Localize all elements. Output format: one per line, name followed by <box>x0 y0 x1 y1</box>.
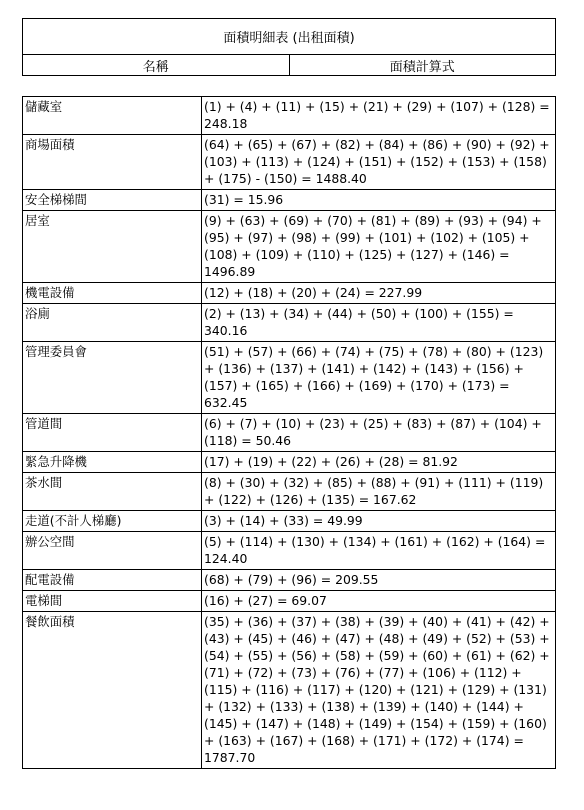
table-row: 緊急升降機(17) + (19) + (22) + (26) + (28) = … <box>23 452 556 473</box>
row-name: 浴廁 <box>23 304 202 342</box>
table-row: 辦公空間(5) + (114) + (130) + (134) + (161) … <box>23 532 556 570</box>
row-name: 居室 <box>23 211 202 283</box>
table-row: 餐飲面積(35) + (36) + (37) + (38) + (39) + (… <box>23 612 556 769</box>
table-row: 管理委員會(51) + (57) + (66) + (74) + (75) + … <box>23 342 556 414</box>
row-name: 辦公空間 <box>23 532 202 570</box>
table-row: 管道間(6) + (7) + (10) + (23) + (25) + (83)… <box>23 414 556 452</box>
row-formula: (3) + (14) + (33) = 49.99 <box>202 511 556 532</box>
table-row: 機電設備(12) + (18) + (20) + (24) = 227.99 <box>23 283 556 304</box>
row-name: 電梯間 <box>23 591 202 612</box>
row-formula: (9) + (63) + (69) + (70) + (81) + (89) +… <box>202 211 556 283</box>
table-row: 商場面積(64) + (65) + (67) + (82) + (84) + (… <box>23 135 556 190</box>
row-formula: (64) + (65) + (67) + (82) + (84) + (86) … <box>202 135 556 190</box>
row-formula: (35) + (36) + (37) + (38) + (39) + (40) … <box>202 612 556 769</box>
row-formula: (6) + (7) + (10) + (23) + (25) + (83) + … <box>202 414 556 452</box>
table-row: 茶水間(8) + (30) + (32) + (85) + (88) + (91… <box>23 473 556 511</box>
page-title: 面積明細表 (出租面積) <box>23 19 556 55</box>
row-formula: (5) + (114) + (130) + (134) + (161) + (1… <box>202 532 556 570</box>
row-formula: (17) + (19) + (22) + (26) + (28) = 81.92 <box>202 452 556 473</box>
row-name: 緊急升降機 <box>23 452 202 473</box>
row-name: 安全梯梯間 <box>23 190 202 211</box>
table-row: 安全梯梯間(31) = 15.96 <box>23 190 556 211</box>
row-name: 餐飲面積 <box>23 612 202 769</box>
row-formula: (31) = 15.96 <box>202 190 556 211</box>
row-formula: (2) + (13) + (34) + (44) + (50) + (100) … <box>202 304 556 342</box>
row-name: 走道(不計人梯廳) <box>23 511 202 532</box>
row-name: 機電設備 <box>23 283 202 304</box>
row-name: 茶水間 <box>23 473 202 511</box>
row-name: 商場面積 <box>23 135 202 190</box>
table-row: 配電設備(68) + (79) + (96) = 209.55 <box>23 570 556 591</box>
area-detail-table: 儲藏室(1) + (4) + (11) + (15) + (21) + (29)… <box>22 96 556 769</box>
row-formula: (16) + (27) = 69.07 <box>202 591 556 612</box>
row-formula: (8) + (30) + (32) + (85) + (88) + (91) +… <box>202 473 556 511</box>
column-header-name: 名稱 <box>23 55 290 76</box>
table-row: 浴廁(2) + (13) + (34) + (44) + (50) + (100… <box>23 304 556 342</box>
header-table: 面積明細表 (出租面積) 名稱 面積計算式 <box>22 18 556 76</box>
row-formula: (51) + (57) + (66) + (74) + (75) + (78) … <box>202 342 556 414</box>
table-row: 居室(9) + (63) + (69) + (70) + (81) + (89)… <box>23 211 556 283</box>
column-header-formula: 面積計算式 <box>289 55 556 76</box>
table-row: 儲藏室(1) + (4) + (11) + (15) + (21) + (29)… <box>23 97 556 135</box>
row-name: 管道間 <box>23 414 202 452</box>
row-name: 儲藏室 <box>23 97 202 135</box>
row-formula: (12) + (18) + (20) + (24) = 227.99 <box>202 283 556 304</box>
row-formula: (1) + (4) + (11) + (15) + (21) + (29) + … <box>202 97 556 135</box>
row-name: 管理委員會 <box>23 342 202 414</box>
row-formula: (68) + (79) + (96) = 209.55 <box>202 570 556 591</box>
table-row: 走道(不計人梯廳)(3) + (14) + (33) = 49.99 <box>23 511 556 532</box>
row-name: 配電設備 <box>23 570 202 591</box>
table-row: 電梯間(16) + (27) = 69.07 <box>23 591 556 612</box>
